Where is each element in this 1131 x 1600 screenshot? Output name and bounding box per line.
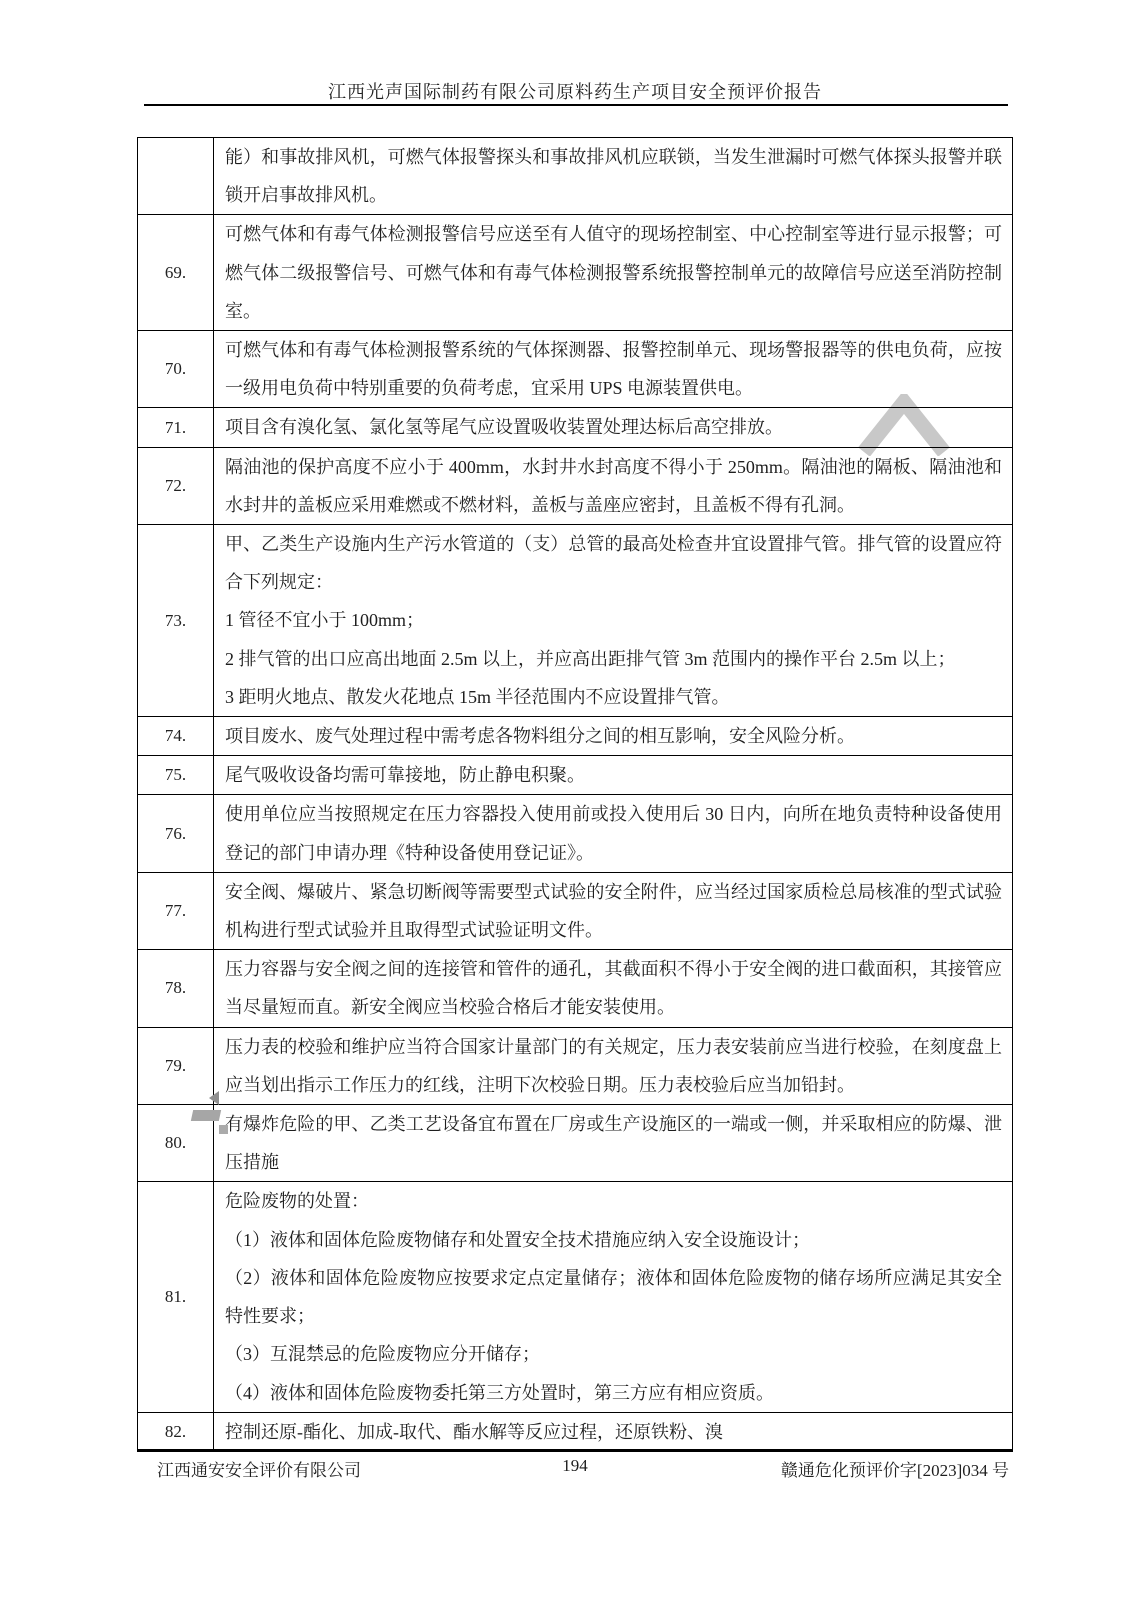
row-paragraph: 甲、乙类生产设施内生产污水管道的（支）总管的最高处检查井宜设置排气管。排气管的设… bbox=[225, 525, 1002, 601]
revision-triangle-icon bbox=[209, 1091, 219, 1105]
revision-dot-icon bbox=[219, 1125, 228, 1134]
row-content-cell: 可燃气体和有毒气体检测报警系统的气体探测器、报警控制单元、现场警报器等的供电负荷… bbox=[214, 331, 1013, 408]
revision-bar-icon bbox=[191, 1110, 221, 1121]
row-content-cell: 隔油池的保护高度不应小于 400mm，水封井水封高度不得小于 250mm。隔油池… bbox=[214, 447, 1013, 524]
row-content-cell: 压力表的校验和维护应当符合国家计量部门的有关规定，压力表安装前应当进行校验，在刻… bbox=[214, 1027, 1013, 1104]
row-paragraph: 项目含有溴化氢、氯化氢等尾气应设置吸收装置处理达标后高空排放。 bbox=[225, 408, 1002, 446]
row-content-cell: 有爆炸危险的甲、乙类工艺设备宜布置在厂房或生产设施区的一端或一侧，并采取相应的防… bbox=[214, 1105, 1013, 1182]
row-paragraph: 能）和事故排风机，可燃气体报警探头和事故排风机应联锁，当发生泄漏时可燃气体探头报… bbox=[225, 138, 1002, 214]
row-number-cell: 77. bbox=[138, 872, 214, 949]
table-row: 72.隔油池的保护高度不应小于 400mm，水封井水封高度不得小于 250mm。… bbox=[138, 447, 1013, 524]
row-paragraph: 危险废物的处置： bbox=[225, 1182, 1002, 1220]
row-paragraph: 可燃气体和有毒气体检测报警信号应送至有人值守的现场控制室、中心控制室等进行显示报… bbox=[225, 215, 1002, 330]
row-content-cell: 能）和事故排风机，可燃气体报警探头和事故排风机应联锁，当发生泄漏时可燃气体探头报… bbox=[214, 138, 1013, 215]
row-paragraph: （2）液体和固体危险废物应按要求定点定量储存；液体和固体危险废物的储存场所应满足… bbox=[225, 1259, 1002, 1335]
row-number-cell: 79. bbox=[138, 1027, 214, 1104]
row-content-cell: 尾气吸收设备均需可靠接地，防止静电积聚。 bbox=[214, 756, 1013, 795]
row-content-cell: 使用单位应当按照规定在压力容器投入使用前或投入使用后 30 日内，向所在地负责特… bbox=[214, 795, 1013, 872]
row-number-cell: 71. bbox=[138, 408, 214, 447]
row-number-cell: 82. bbox=[138, 1412, 214, 1451]
row-number-cell: 74. bbox=[138, 717, 214, 756]
row-number-cell: 73. bbox=[138, 525, 214, 717]
row-number-cell: 72. bbox=[138, 447, 214, 524]
row-paragraph: 使用单位应当按照规定在压力容器投入使用前或投入使用后 30 日内，向所在地负责特… bbox=[225, 795, 1002, 871]
page-footer: 194 江西通安安全评价有限公司 赣通危化预评价字[2023]034 号 bbox=[137, 1456, 1013, 1481]
row-content-cell: 危险废物的处置：（1）液体和固体危险废物储存和处置安全技术措施应纳入安全设施设计… bbox=[214, 1182, 1013, 1412]
row-paragraph: 1 管径不宜小于 100mm； bbox=[225, 601, 1002, 639]
row-number-cell: 78. bbox=[138, 950, 214, 1027]
row-number-cell: 81. bbox=[138, 1182, 214, 1412]
row-number-cell: 70. bbox=[138, 331, 214, 408]
table-row: 71.项目含有溴化氢、氯化氢等尾气应设置吸收装置处理达标后高空排放。 bbox=[138, 408, 1013, 447]
row-paragraph: 安全阀、爆破片、紧急切断阀等需要型式试验的安全附件，应当经过国家质检总局核准的型… bbox=[225, 873, 1002, 949]
document-page: { "header": { "title": "江西光声国际制药有限公司原料药生… bbox=[0, 0, 1131, 1600]
row-paragraph: 压力表的校验和维护应当符合国家计量部门的有关规定，压力表安装前应当进行校验，在刻… bbox=[225, 1028, 1002, 1104]
row-content-cell: 压力容器与安全阀之间的连接管和管件的通孔，其截面积不得小于安全阀的进口截面积，其… bbox=[214, 950, 1013, 1027]
row-paragraph: 3 距明火地点、散发火花地点 15m 半径范围内不应设置排气管。 bbox=[225, 678, 1002, 716]
row-content-cell: 可燃气体和有毒气体检测报警信号应送至有人值守的现场控制室、中心控制室等进行显示报… bbox=[214, 215, 1013, 331]
row-content-cell: 安全阀、爆破片、紧急切断阀等需要型式试验的安全附件，应当经过国家质检总局核准的型… bbox=[214, 872, 1013, 949]
row-paragraph: （3）互混禁忌的危险废物应分开储存； bbox=[225, 1335, 1002, 1373]
row-paragraph: 有爆炸危险的甲、乙类工艺设备宜布置在厂房或生产设施区的一端或一侧，并采取相应的防… bbox=[225, 1105, 1002, 1181]
row-paragraph: （4）液体和固体危险废物委托第三方处置时，第三方应有相应资质。 bbox=[225, 1374, 1002, 1412]
table-row: 能）和事故排风机，可燃气体报警探头和事故排风机应联锁，当发生泄漏时可燃气体探头报… bbox=[138, 138, 1013, 215]
row-paragraph: 可燃气体和有毒气体检测报警系统的气体探测器、报警控制单元、现场警报器等的供电负荷… bbox=[225, 331, 1002, 407]
page-title: 江西光声国际制药有限公司原料药生产项目安全预评价报告 bbox=[137, 78, 1013, 104]
row-paragraph: 2 排气管的出口应高出地面 2.5m 以上，并应高出距排气管 3m 范围内的操作… bbox=[225, 640, 1002, 678]
row-paragraph: 项目废水、废气处理过程中需考虑各物料组分之间的相互影响，安全风险分析。 bbox=[225, 717, 1002, 755]
table-row: 69.可燃气体和有毒气体检测报警信号应送至有人值守的现场控制室、中心控制室等进行… bbox=[138, 215, 1013, 331]
row-paragraph: 压力容器与安全阀之间的连接管和管件的通孔，其截面积不得小于安全阀的进口截面积，其… bbox=[225, 950, 1002, 1026]
row-number-cell bbox=[138, 138, 214, 215]
row-content-cell: 项目含有溴化氢、氯化氢等尾气应设置吸收装置处理达标后高空排放。 bbox=[214, 408, 1013, 447]
requirements-table: 能）和事故排风机，可燃气体报警探头和事故排风机应联锁，当发生泄漏时可燃气体探头报… bbox=[137, 137, 1013, 1452]
table-row: 77.安全阀、爆破片、紧急切断阀等需要型式试验的安全附件，应当经过国家质检总局核… bbox=[138, 872, 1013, 949]
table-row: 81.危险废物的处置：（1）液体和固体危险废物储存和处置安全技术措施应纳入安全设… bbox=[138, 1182, 1013, 1412]
row-number-cell: 69. bbox=[138, 215, 214, 331]
table-row: 78.压力容器与安全阀之间的连接管和管件的通孔，其截面积不得小于安全阀的进口截面… bbox=[138, 950, 1013, 1027]
requirements-table-body: 能）和事故排风机，可燃气体报警探头和事故排风机应联锁，当发生泄漏时可燃气体探头报… bbox=[138, 138, 1013, 1452]
row-paragraph: 控制还原-酯化、加成-取代、酯水解等反应过程，还原铁粉、溴 bbox=[225, 1413, 1002, 1451]
table-row: 79.压力表的校验和维护应当符合国家计量部门的有关规定，压力表安装前应当进行校验… bbox=[138, 1027, 1013, 1104]
table-row: 73.甲、乙类生产设施内生产污水管道的（支）总管的最高处检查井宜设置排气管。排气… bbox=[138, 525, 1013, 717]
row-number-cell: 76. bbox=[138, 795, 214, 872]
row-number-cell: 75. bbox=[138, 756, 214, 795]
table-row: 74.项目废水、废气处理过程中需考虑各物料组分之间的相互影响，安全风险分析。 bbox=[138, 717, 1013, 756]
row-paragraph: 隔油池的保护高度不应小于 400mm，水封井水封高度不得小于 250mm。隔油池… bbox=[225, 448, 1002, 524]
row-content-cell: 甲、乙类生产设施内生产污水管道的（支）总管的最高处检查井宜设置排气管。排气管的设… bbox=[214, 525, 1013, 717]
row-paragraph: 尾气吸收设备均需可靠接地，防止静电积聚。 bbox=[225, 756, 1002, 794]
row-content-cell: 项目废水、废气处理过程中需考虑各物料组分之间的相互影响，安全风险分析。 bbox=[214, 717, 1013, 756]
row-content-cell: 控制还原-酯化、加成-取代、酯水解等反应过程，还原铁粉、溴 bbox=[214, 1412, 1013, 1451]
table-row: 76.使用单位应当按照规定在压力容器投入使用前或投入使用后 30 日内，向所在地… bbox=[138, 795, 1013, 872]
table-row: 75.尾气吸收设备均需可靠接地，防止静电积聚。 bbox=[138, 756, 1013, 795]
table-row: 70.可燃气体和有毒气体检测报警系统的气体探测器、报警控制单元、现场警报器等的供… bbox=[138, 331, 1013, 408]
header-divider bbox=[144, 104, 1008, 106]
table-row: 82.控制还原-酯化、加成-取代、酯水解等反应过程，还原铁粉、溴 bbox=[138, 1412, 1013, 1451]
footer-doc-number: 赣通危化预评价字[2023]034 号 bbox=[781, 1456, 1013, 1481]
row-paragraph: （1）液体和固体危险废物储存和处置安全技术措施应纳入安全设施设计； bbox=[225, 1221, 1002, 1259]
footer-company: 江西通安安全评价有限公司 bbox=[137, 1456, 361, 1481]
table-row: 80.有爆炸危险的甲、乙类工艺设备宜布置在厂房或生产设施区的一端或一侧，并采取相… bbox=[138, 1105, 1013, 1182]
